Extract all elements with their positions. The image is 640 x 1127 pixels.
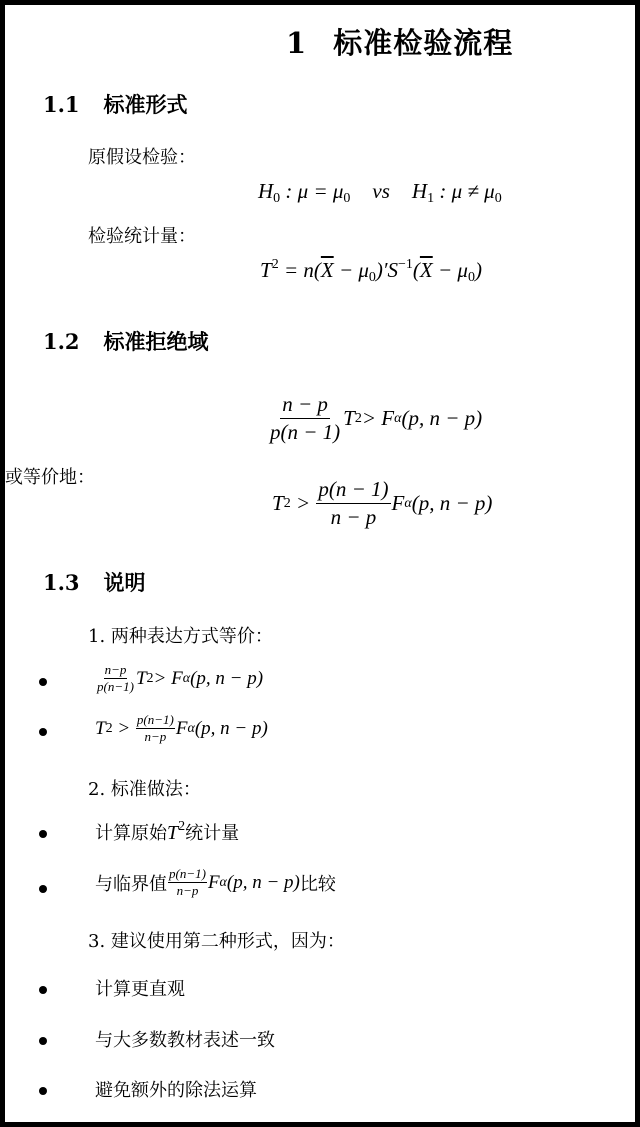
note-point-1: 1. 两种表达方式等价： <box>88 622 273 648</box>
math-symbol: F <box>208 872 220 894</box>
math-text: > F <box>362 406 394 431</box>
note-point-3: 3. 建议使用第二种形式，因为： <box>88 927 345 953</box>
math-symbol: H <box>412 179 427 203</box>
math-sup: −1 <box>398 257 413 272</box>
math-xbar: X <box>321 258 334 282</box>
fraction: p(n−1) n−p <box>168 867 207 899</box>
math-symbol: H <box>258 179 273 203</box>
document-page: 1标准检验流程 1.1标准形式 原假设检验： H0 : μ = μ0vsH1 :… <box>5 5 635 1122</box>
rejection-formula-1: n − p p(n − 1) T2 > Fα(p, n − p) <box>267 393 482 444</box>
bullet-icon <box>39 830 47 838</box>
bullet-icon <box>39 986 47 994</box>
math-sub: 0 <box>343 191 350 206</box>
subsection-title: 标准形式 <box>104 93 188 117</box>
fraction-numerator: n−p <box>104 663 128 679</box>
math-text: (p, n − p) <box>195 718 268 740</box>
math-vs: vs <box>372 179 390 203</box>
equivalent-label: 或等价地： <box>5 463 95 489</box>
math-symbol: T <box>136 668 147 690</box>
fraction-numerator: n − p <box>280 393 330 419</box>
fraction-numerator: p(n−1) <box>136 713 175 729</box>
bullet-icon <box>39 1087 47 1095</box>
list-text: 与临界值 <box>95 870 167 896</box>
math-sub: α <box>183 671 190 687</box>
section-heading: 1标准检验流程 <box>286 21 513 62</box>
math-text: > <box>291 491 316 516</box>
subsection-heading-1-3: 1.3说明 <box>43 567 146 597</box>
note-point-2: 2. 标准做法： <box>88 775 201 801</box>
list-text: 统计量 <box>185 823 239 844</box>
math-symbol: T <box>167 822 178 844</box>
list-text: 比较 <box>300 870 336 896</box>
fraction-denominator: n−p <box>176 883 200 898</box>
math-text: (p, n − p) <box>190 668 263 690</box>
list-item-compute: 计算原始T2统计量 <box>95 819 239 845</box>
math-text: ( <box>413 258 420 282</box>
math-text: : μ = μ <box>280 179 343 203</box>
statistic-label: 检验统计量： <box>88 222 196 248</box>
subsection-number: 1.2 <box>43 329 80 354</box>
math-sub: 0 <box>495 191 502 206</box>
hypothesis-formula: H0 : μ = μ0vsH1 : μ ≠ μ0 <box>258 179 502 207</box>
bullet-icon <box>39 1037 47 1045</box>
subsection-heading-1-1: 1.1标准形式 <box>43 89 188 119</box>
fraction: p(n−1) n−p <box>136 713 175 745</box>
math-text: = n( <box>279 258 321 282</box>
math-text: − μ <box>334 258 369 282</box>
subsection-heading-1-2: 1.2标准拒绝域 <box>43 326 209 356</box>
math-text: ) <box>475 258 482 282</box>
rejection-formula-2: T2 > p(n − 1) n − p Fα(p, n − p) <box>272 478 492 529</box>
fraction-denominator: p(n−1) <box>96 679 135 694</box>
bullet-icon <box>39 885 47 893</box>
fraction-denominator: n − p <box>329 504 379 529</box>
math-text: > F <box>154 668 183 690</box>
fraction-numerator: p(n−1) <box>168 867 207 883</box>
hypothesis-label: 原假设检验： <box>88 143 196 169</box>
math-xbar: X <box>420 258 433 282</box>
fraction-numerator: p(n − 1) <box>316 478 390 504</box>
fraction: n−p p(n−1) <box>96 663 135 695</box>
math-text: : μ ≠ μ <box>434 179 495 203</box>
subsection-number: 1.1 <box>43 92 80 117</box>
fraction-denominator: n−p <box>143 729 167 744</box>
math-sub: α <box>404 496 411 512</box>
fraction: p(n − 1) n − p <box>316 478 390 529</box>
list-item-formula-2: T2 > p(n−1) n−p Fα(p, n − p) <box>95 713 268 745</box>
math-symbol: T <box>272 491 284 516</box>
fraction-denominator: p(n − 1) <box>268 419 342 444</box>
math-text: (p, n − p) <box>412 491 493 516</box>
math-symbol: F <box>176 718 188 740</box>
math-sub: α <box>394 411 401 427</box>
math-sub: α <box>187 721 194 737</box>
math-sup: 2 <box>272 257 279 272</box>
subsection-title: 说明 <box>104 571 146 595</box>
bullet-icon <box>39 728 47 736</box>
list-item-reason-3: 避免额外的除法运算 <box>95 1076 257 1102</box>
math-sub: 0 <box>369 270 376 285</box>
math-text: (p, n − p) <box>227 872 300 894</box>
list-item-formula-1: n−p p(n−1) T2 > Fα(p, n − p) <box>95 663 263 695</box>
math-text: > <box>113 718 135 740</box>
math-symbol: T <box>343 406 355 431</box>
list-item-reason-2: 与大多数教材表述一致 <box>95 1026 275 1052</box>
math-symbol: T <box>260 258 272 282</box>
math-symbol: F <box>392 491 405 516</box>
math-sub: α <box>220 875 227 891</box>
subsection-number: 1.3 <box>43 570 80 595</box>
statistic-formula: T2 = n(X − μ0)′S−1(X − μ0) <box>260 258 482 286</box>
bullet-icon <box>39 678 47 686</box>
list-text: 计算原始 <box>95 823 167 844</box>
list-item-reason-1: 计算更直观 <box>95 975 185 1001</box>
fraction: n − p p(n − 1) <box>268 393 342 444</box>
section-number: 1 <box>286 26 307 60</box>
math-text: (p, n − p) <box>401 406 482 431</box>
math-text: − μ <box>433 258 468 282</box>
math-text: )′S <box>376 258 398 282</box>
list-item-compare: 与临界值 p(n−1) n−p Fα(p, n − p) 比较 <box>95 867 336 899</box>
subsection-title: 标准拒绝域 <box>104 330 209 354</box>
math-sub: 0 <box>468 270 475 285</box>
math-symbol: T <box>95 718 106 740</box>
section-title: 标准检验流程 <box>333 26 513 60</box>
